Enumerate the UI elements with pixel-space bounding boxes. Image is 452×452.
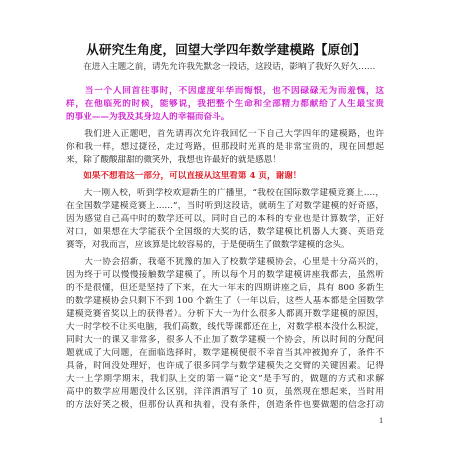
document-title: 从研究生角度，回望大学四年数学建模路【原创】 (0, 40, 452, 58)
paragraph-line: 因为终于可以慢慢接触数学建模了，所以每个月的数学建模讲座我都去，虽然听 (66, 270, 384, 280)
quote-line: 当一个人回首往事时，不因虚度年华而悔恨，也不因碌碌无为而羞愧，这 (66, 86, 384, 96)
paragraph-line: 建模竞赛省奖以上的获得者）。分析下大一为什么很多人都离开数学建模的原因， (66, 309, 384, 319)
paragraph-line: 大一刚入校，听到学校欢迎新生的广播里，“我校在国际数学建模竞赛上….， (66, 188, 384, 198)
paragraph-line: 题就成了大问题，在面临选择时，数学建模便很不幸首当其冲被抛弃了，条件不 (66, 348, 384, 358)
paragraph-line: 的方法好笑之极，但那份认真和执着，没有条件，创造条件也要做题的信念打动 (66, 400, 384, 410)
paragraph-line: 我们进入正题吧，首先请再次允许我回忆一下自己大学四年的建模路，也许 (66, 129, 384, 139)
paragraph-line: 具备，时间没处理好，也许成了很多同学与数学建模失之交臂的关键因素。记得 (66, 361, 384, 371)
paragraph-line: 的不是很懂，但还是坚持了下来，在大一年末的四期讲座之后，具有 800 多新生 (66, 283, 384, 293)
quote-line: 样，在他临死的时候，能够说，我把整个生命和全部精力都献给了人生最宝贵 (66, 99, 384, 109)
paragraph-line: 你和我一样，想过捷径，走过弯路，但那段时光真的是非常宝贵的，现在回想起 (66, 142, 384, 152)
paragraph-line: 来，除了酸酸甜甜的微笑外，我想也许最好的就是感恩！ (66, 155, 384, 165)
paragraph-line: 对口，如果想在大学能获个全国级的大奖的话，数学建模比机器人大赛、英语竞 (66, 227, 384, 237)
paragraph-line: 大一时学校不让买电脑，我们高数，线代等课都还在上，对数学根本没什么积淀， (66, 322, 384, 332)
paragraph-line: 的数学建模协会只剩下不到 100 个新生了（一年以后，这些人基本都是全国数学 (66, 296, 384, 306)
paragraph-line: 赛等，对我而言，应该算是比较容易的，于是便萌生了做数学建模的念头。 (66, 240, 384, 250)
paragraph-line: 同时大一的课又非常多，很多人不止加了数学建模一个协会，所以时间的分配问 (66, 335, 384, 345)
paragraph-line: 大一协会招新，我毫不犹豫的加入了校数学建模协会，心里是十分高兴的， (66, 257, 384, 267)
page-number: 1 (379, 417, 383, 425)
paragraph-line: 大一上学期学期末，我们队上交的第一篇“论文”是手写的，做题的方式和求解 (66, 374, 384, 384)
document-page: 从研究生角度，回望大学四年数学建模路【原创】 在进入主题之前，请先允许我先默念一… (0, 0, 452, 452)
paragraph-line: 在全国数学建模竞赛上……”，当时听到这段话，就萌生了对数学建模的好奇感， (66, 201, 384, 211)
paragraph-line: 在进入主题之前，请先允许我先默念一段话，这段话，影响了我好久好久…… (66, 62, 384, 72)
paragraph-line: 高中的数学应用题没什么区别，洋洋洒洒写了 10 页，虽然现在想起来，当时用 (66, 387, 384, 397)
notice-line: 如果不想看这一部分，可以直接从这里看第 4 页，谢谢！ (66, 171, 384, 181)
paragraph-line: 因为感觉自己高中时的数学还可以，同时自己的本科的专业也是计算数学，正好 (66, 214, 384, 224)
quote-line: 的事业——为我及其身边人的幸福而奋斗。 (66, 112, 384, 122)
